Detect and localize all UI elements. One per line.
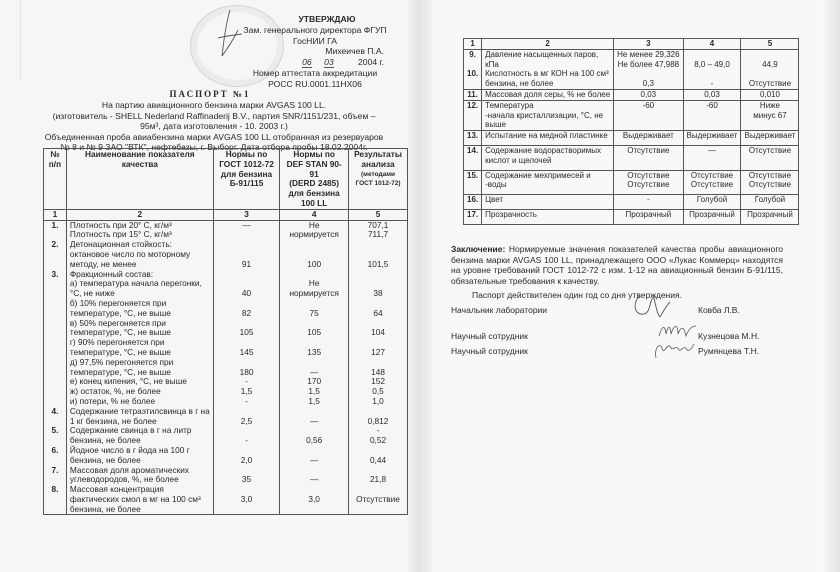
column-header-5: Результатыанализа(методамиГОСТ 1012-72) [349,149,408,210]
indicator-name: Йодное число в г йода на 100 гбензина, н… [66,446,213,466]
defstan-norm: — [280,446,349,466]
table-row: 16.Цвет-ГолубойГолубой [464,195,799,210]
table-header-row: №п/пНаименование показателякачестваНормы… [44,149,408,210]
cell-line: 0,56 [283,436,345,446]
cell-line: 101,5 [352,260,404,270]
cell-line [47,495,63,505]
signature-name-head: Ковба Л.В. [698,305,740,315]
cell-line [47,328,63,338]
cell-line [217,505,277,515]
row-number: 3. [44,270,67,407]
cell-line [47,348,63,358]
cell-line: Содержание мехпримесей и [485,171,610,181]
cell-line [352,240,404,250]
row-number: 9.10. [464,49,482,89]
cell-line: 0,03 [687,90,738,100]
cell-line [283,505,345,515]
cell-line [617,69,679,79]
conclusion: Заключение: Нормируемые значения показат… [451,244,783,286]
analysis-result: 21,8 [349,466,408,486]
cell-line: 0,03 [617,90,679,100]
defstan-norm: 100 [280,240,349,269]
accreditation-number: РОСС RU.0001.11НХ06 [240,79,390,90]
analysis-result: Прозрачный [741,209,799,224]
defstan-norm: -60 [683,100,741,130]
cell-line: Отсутствие [352,495,404,505]
column-number-row: 12345 [44,209,408,220]
column-header-1: №п/п [44,149,67,210]
cell-line: 145 [217,348,277,358]
table-row: 8.Массовая концентрацияфактических смол … [44,485,408,515]
table-row: 9.10.Давление насыщенных паров,кПаКислот… [464,49,799,89]
approval-signatory: Михеичев П.А. [240,46,390,57]
cell-line [47,505,63,515]
cell-line: бензина, не более [70,505,210,515]
column-number: 1 [464,39,482,50]
row-number: 1. [44,220,67,240]
indicator-name: Содержание мехпримесей и-воды [482,170,614,195]
analysis-result: 44,9Отсутствие [741,49,799,89]
analysis-result: 38641041271481520,51,0 [349,270,408,407]
defstan-norm: 8,0 – 49,0- [683,49,741,89]
row-number: 14. [464,145,482,170]
defstan-norm: Голубой [683,195,741,210]
cell-line: кислот и щелочей [485,156,610,166]
cell-line [47,289,63,299]
cell-line: — [217,221,277,231]
cell-line [47,319,63,329]
gost-norm: Прозрачный [614,209,683,224]
quality-table-page2: 123459.10.Давление насыщенных паров,кПаК… [463,38,799,225]
accreditation-label: Номер аттестата аккредитации [240,68,390,79]
indicator-name: Фракционный состав:а) температура начала… [66,270,213,407]
cell-line: 35 [217,475,277,485]
analysis-result: ОтсутствиеОтсутствие [741,170,799,195]
cell-line: Голубой [687,195,738,205]
row-number: 5. [44,426,67,446]
cell-line [467,120,478,130]
cell-line: 7. [47,466,63,476]
cell-line: 2,0 [217,456,277,466]
defstan-norm: 3,0 [280,485,349,515]
cell-line [352,270,404,280]
analysis-result: 0,44 [349,446,408,466]
column-header-4: Нормы поDEF STAN 90-91(DERD 2485)для бен… [280,149,349,210]
cell-line [217,270,277,280]
cell-line: - [617,195,679,205]
right-page: 123459.10.Давление насыщенных паров,кПаК… [420,0,840,572]
row-number: 15. [464,170,482,195]
cell-line: 82 [217,309,277,319]
defstan-norm: Ненормируется75105135—1701,51,5 [280,270,349,407]
cell-line: -начала кристаллизации, °С, не [485,111,610,121]
cell-line: -60 [617,101,679,111]
cell-line: выше [485,120,610,130]
column-number: 3 [614,39,683,50]
cell-line: Прозрачность [485,210,610,220]
defstan-norm: 0,03 [683,89,741,100]
intro-line: (изготовитель - SHELL Nederland Raffinad… [24,111,404,122]
analysis-result: 101,5 [349,240,408,269]
intro-line: Объединенная проба авиабензина марки AVG… [24,132,404,143]
cell-line: Отсутствие [687,171,738,181]
column-number: 2 [66,209,213,220]
column-number: 2 [482,39,614,50]
cell-line [47,358,63,368]
column-number: 4 [280,209,349,220]
cell-line: 12. [467,101,478,111]
cell-line [687,120,738,130]
cell-line: Прозрачный [687,210,738,220]
cell-line: 6. [47,446,63,456]
analysis-result: 0,812 [349,407,408,427]
table-row: 17.ПрозрачностьПрозрачныйПрозрачныйПрозр… [464,209,799,224]
cell-line: 1,5 [283,397,345,407]
cell-line: - [687,79,738,89]
row-number: 16. [464,195,482,210]
table-row: 7.Массовая доля ароматическихуглеводород… [44,466,408,486]
cell-line: 4. [47,407,63,417]
cell-line [687,111,738,121]
row-number: 8. [44,485,67,515]
cell-line [687,69,738,79]
cell-line: 127 [352,348,404,358]
signature-role-researcher-1: Научный сотрудник [451,331,528,341]
column-number: 1 [44,209,67,220]
cell-line [617,156,679,166]
cell-line: 1. [47,221,63,231]
cell-line: - [217,436,277,446]
cell-line: Отсутствие [687,180,738,190]
cell-line [744,50,795,60]
row-number: 6. [44,446,67,466]
cell-line: Испытание на медной пластинке [485,131,610,141]
signature-researcher-2 [652,338,696,364]
indicator-name: Плотность при 20° С, кг/м³Плотность при … [66,220,213,240]
cell-line: Выдерживает [744,131,795,141]
cell-line: Массовая доля серы, % не более [485,90,610,100]
cell-line: 21,8 [352,475,404,485]
defstan-norm: Прозрачный [683,209,741,224]
analysis-result: 0,010 [741,89,799,100]
cell-line [47,279,63,289]
gost-norm: 2,0 [213,446,280,466]
defstan-norm: ОтсутствиеОтсутствие [683,170,741,195]
cell-line: 75 [283,309,345,319]
cell-line [467,180,478,190]
cell-line: 3,0 [217,495,277,505]
approval-block: УТВЕРЖДАЮ Зам. генерального директора ФГ… [240,14,390,90]
cell-line [47,299,63,309]
intro-line: 95м³, дата изготовления - 10. 2003 г.) [24,121,404,132]
cell-line: 104 [352,328,404,338]
cell-line: 11. [467,90,478,100]
table-row: 4.Содержание тетраэтилсвинца в г на1 кг … [44,407,408,427]
gost-norm: 2,5 [213,407,280,427]
table-row: 13.Испытание на медной пластинкеВыдержив… [464,131,799,146]
analysis-result: -0,52 [349,426,408,446]
row-number: 4. [44,407,67,427]
column-number: 4 [683,39,741,50]
cell-line [744,156,795,166]
indicator-name: Цвет [482,195,614,210]
analysis-result: Нижеминус 67 [741,100,799,130]
cell-line: 10. [467,69,478,79]
cell-line: кПа [485,60,610,70]
cell-line: Отсутствие [617,180,679,190]
column-header-3: Нормы поГОСТ 1012-72для бензинаБ-91/115 [213,149,280,210]
indicator-name: Детонационная стойкость:октановое число … [66,240,213,269]
cell-line: Отсутствие [744,180,795,190]
cell-line [47,368,63,378]
gost-norm: 35 [213,466,280,486]
cell-line: 0,52 [352,436,404,446]
indicator-name: Массовая доля ароматическихуглеводородов… [66,466,213,486]
cell-line [352,505,404,515]
cell-line: 44,9 [744,60,795,70]
cell-line: Отсутствие [617,171,679,181]
table-row: 14.Содержание водорастворимыхкислот и ще… [464,145,799,170]
cell-line: Не более 47,988 [617,60,679,70]
cell-line: 17. [467,210,478,220]
passport-title: ПАСПОРТ №1 [0,89,420,99]
indicator-name: Содержание водорастворимыхкислот и щелоч… [482,145,614,170]
column-number: 5 [741,39,799,50]
cell-line [467,111,478,121]
indicator-name: Температура-начала кристаллизации, °С, н… [482,100,614,130]
cell-line: 9. [467,50,478,60]
cell-line [283,240,345,250]
cell-line: 2. [47,240,63,250]
cell-line: Отсутствие [744,79,795,89]
cell-line [617,111,679,121]
cell-line: 0,44 [352,456,404,466]
gost-norm: Не менее 29,326Не более 47,9880,3 [614,49,683,89]
indicator-name: Прозрачность [482,209,614,224]
analysis-result: 707,1711,7 [349,220,408,240]
cell-line: 16. [467,195,478,205]
approval-organization: ГосНИИ ГА [240,36,390,47]
analysis-result: Отсутствие [741,145,799,170]
cell-line: 0,3 [617,79,679,89]
cell-line [47,338,63,348]
column-number: 5 [349,209,408,220]
book-gutter [408,0,432,572]
gost-norm: - [614,195,683,210]
cell-line: 38 [352,289,404,299]
cell-line: Отсутствие [744,171,795,181]
cell-line [47,309,63,319]
indicator-name: Давление насыщенных паров,кПаКислотность… [482,49,614,89]
cell-line: нормируется [283,289,345,299]
cell-line: -60 [687,101,738,111]
header-line: (методами [352,170,404,180]
column-number-row: 12345 [464,39,799,50]
defstan-norm: Выдерживает [683,131,741,146]
approval-heading: УТВЕРЖДАЮ [240,14,390,25]
approval-position: Зам. генерального директора ФГУП [240,25,390,36]
table-row: 6.Йодное число в г йода на 100 гбензина,… [44,446,408,466]
cell-line: 0,010 [744,90,795,100]
row-number: 2. [44,240,67,269]
cell-line: 15. [467,171,478,181]
indicator-name: Массовая концентрацияфактических смол в … [66,485,213,515]
gost-norm: ОтсутствиеОтсутствие [614,170,683,195]
cell-line: Ниже [744,101,795,111]
cell-line [744,69,795,79]
gost-norm: 3,0 [213,485,280,515]
page-edge-shadow [822,0,840,572]
cell-line: — [283,417,345,427]
gost-norm: - [213,426,280,446]
cell-line: Температура [485,101,610,111]
cell-line: Выдерживает [617,131,679,141]
cell-line: — [283,456,345,466]
gost-norm: -60 [614,100,683,130]
gost-norm: Отсутствие [614,145,683,170]
cell-line [47,377,63,387]
intro-line: На партию авиационного бензина марки AVG… [24,100,404,111]
cell-line: Прозрачный [744,210,795,220]
signature-role-researcher-2: Научный сотрудник [451,346,528,356]
cell-line: Не менее 29,326 [617,50,679,60]
defstan-norm: 0,56 [280,426,349,446]
cell-line: бензина, не более [485,79,610,89]
cell-line: минус 67 [744,111,795,121]
cell-line: Содержание водорастворимых [485,146,610,156]
gost-norm: Выдерживает [614,131,683,146]
cell-line: - [217,397,277,407]
column-number: 3 [213,209,280,220]
indicator-name: Испытание на медной пластинке [482,131,614,146]
table-row: 3.Фракционный состав:а) температура нача… [44,270,408,407]
analysis-result: Голубой [741,195,799,210]
gost-norm: 4082105145180-1,5- [213,270,280,407]
cell-line: 711,7 [352,230,404,240]
cell-line: 40 [217,289,277,299]
cell-line: Кислотность в мг КОН на 100 см³ [485,69,610,79]
analysis-result: Выдерживает [741,131,799,146]
gost-norm: 91 [213,240,280,269]
cell-line [617,120,679,130]
table-row: 12.Температура-начала кристаллизации, °С… [464,100,799,130]
gost-norm: — [213,220,280,240]
signature-head [630,292,675,322]
header-line: 100 LL [283,199,345,209]
cell-line: Голубой [744,195,795,205]
cell-line [47,387,63,397]
cell-line: 105 [283,328,345,338]
cell-line: Отсутствие [617,146,679,156]
cell-line: 91 [217,260,277,270]
quality-table-page1: №п/пНаименование показателякачестваНормы… [43,148,408,515]
cell-line: 1,0 [352,397,404,407]
table-row: 15.Содержание мехпримесей и-водыОтсутств… [464,170,799,195]
header-line: ГОСТ 1012-72) [352,179,404,189]
signature-name-researcher-2: Румянцева Т.Н. [698,346,759,356]
cell-line: Выдерживает [687,131,738,141]
defstan-norm: Ненормируется [280,220,349,240]
row-number: 13. [464,131,482,146]
cell-line: Цвет [485,195,610,205]
signature-role-head: Начальник лаборатории [451,305,547,315]
indicator-name: Массовая доля серы, % не более [482,89,614,100]
cell-line: 14. [467,146,478,156]
cell-line [467,79,478,89]
cell-line [217,230,277,240]
indicator-name: Содержание тетраэтилсвинца в г на1 кг бе… [66,407,213,427]
cell-line: 5. [47,426,63,436]
cell-line: 8. [47,485,63,495]
table-row: 5.Содержание свинца в г на литрбензина, … [44,426,408,446]
cell-line: 13. [467,131,478,141]
header-line: п/п [47,160,63,170]
cell-line: 3,0 [283,495,345,505]
indicator-name: Содержание свинца в г на литрбензина, не… [66,426,213,446]
cell-line: нормируется [283,230,345,240]
cell-line: -воды [485,180,610,190]
passport-intro: На партию авиационного бензина марки AVG… [24,100,404,153]
conclusion-label: Заключение: [451,244,505,254]
left-page: УТВЕРЖДАЮ Зам. генерального директора ФГ… [0,0,420,572]
cell-line: 8,0 – 49,0 [687,60,738,70]
cell-line: 105 [217,328,277,338]
cell-line [687,156,738,166]
cell-line [467,156,478,166]
table-row: 1.Плотность при 20° С, кг/м³Плотность пр… [44,220,408,240]
row-number: 17. [464,209,482,224]
table-row: 2.Детонационная стойкость:октановое числ… [44,240,408,269]
cell-line: 2,5 [217,417,277,427]
cell-line: 64 [352,309,404,319]
analysis-result: Отсутствие [349,485,408,515]
header-line: анализа [352,160,404,170]
cell-line [687,50,738,60]
column-header-2: Наименование показателякачества [66,149,213,210]
gost-norm: 0,03 [614,89,683,100]
cell-line: 135 [283,348,345,358]
defstan-norm: — [683,145,741,170]
cell-line [47,250,63,260]
cell-line: 100 [283,260,345,270]
defstan-norm: — [280,407,349,427]
table-row: 11.Массовая доля серы, % не более0,030,0… [464,89,799,100]
row-number: 11. [464,89,482,100]
signature-name-researcher-1: Кузнецова М.Н. [698,331,759,341]
cell-line [217,240,277,250]
cell-line: — [687,146,738,156]
defstan-norm: — [280,466,349,486]
header-line: качества [70,160,210,170]
cell-line: 3. [47,270,63,280]
cell-line: Отсутствие [744,146,795,156]
cell-line: Прозрачный [617,210,679,220]
row-number: 12. [464,100,482,130]
row-number: 7. [44,466,67,486]
cell-line [467,60,478,70]
header-line: Б-91/115 [217,179,277,189]
cell-line: Давление насыщенных паров, [485,50,610,60]
approval-date: 06 03 2004 г. [240,57,390,68]
cell-line [744,120,795,130]
cell-line: — [283,475,345,485]
